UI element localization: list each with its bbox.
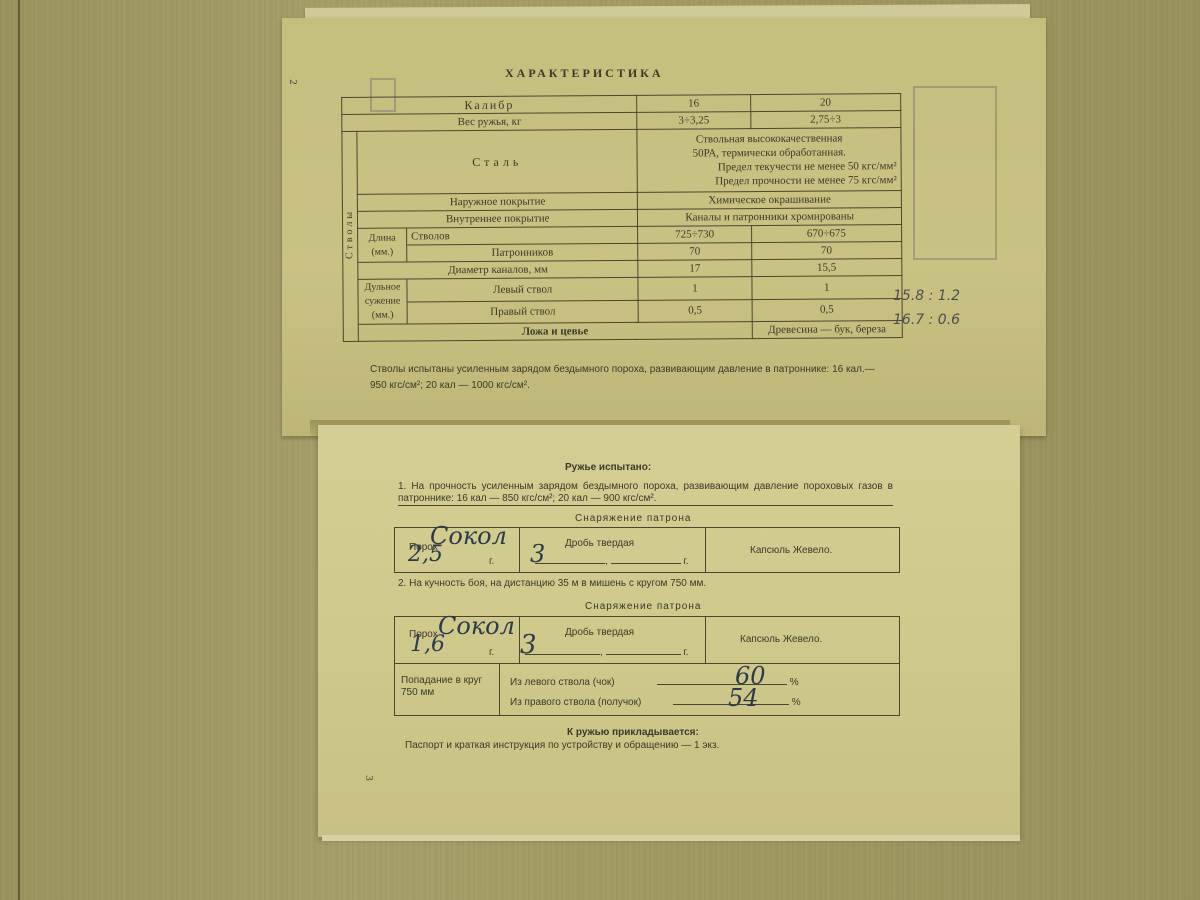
faded-stamp — [913, 86, 997, 260]
handwritten-shot: 3 — [530, 540, 545, 568]
length-barrels-20: 670÷675 — [751, 225, 902, 243]
page-number: 2 — [287, 79, 299, 85]
inner-coating-value: Каналы и патронники хромированы — [638, 208, 902, 227]
spec-table: Калибр 16 20 Вес ружья, кг 3÷3,25 2,75÷3… — [341, 93, 903, 342]
caliber-label: Калибр — [342, 95, 638, 114]
barrel-test-note: Стволы испытаны усиленным зарядом бездым… — [370, 362, 890, 394]
cartridge-title: Снаряжение патрона — [575, 513, 691, 524]
grams-unit: г. — [489, 647, 494, 658]
choke-right-label: Правый ствол — [407, 300, 639, 324]
left-barrel-label: Из левого ствола (чок) — [510, 677, 615, 688]
margin-handwriting: 16.7 : 0.6 — [893, 312, 960, 328]
length-chambers-20: 70 — [751, 242, 902, 260]
attached-title: К ружью прикладывается: — [567, 727, 699, 738]
length-chambers-label: Патронников — [407, 243, 639, 262]
length-barrels-16: 725÷730 — [638, 226, 751, 244]
handwritten-powder-grams: 2,5 — [408, 542, 443, 567]
attached-text: Паспорт и краткая инструкция по устройст… — [405, 740, 719, 751]
page-title: ХАРАКТЕРИСТИКА — [505, 66, 664, 81]
length-barrels-label: Стволов — [407, 226, 639, 245]
weight-16: 3÷3,25 — [637, 112, 750, 130]
shot-blanks: , г. — [525, 647, 689, 658]
outer-coating-value: Химическое окрашивание — [638, 191, 902, 210]
strength-test-text: 1. На прочность усиленным зарядом бездым… — [398, 481, 893, 506]
barrels-group: Стволы — [342, 131, 358, 341]
stock-value: Древесина — бук, береза — [752, 321, 903, 339]
shot-label: Дробь твердая — [565, 627, 634, 638]
choke-left-label: Левый ствол — [407, 277, 639, 301]
choke-left-16: 1 — [638, 277, 751, 300]
accuracy-test-text: 2. На кучность боя, на дистанцию 35 м в … — [398, 578, 706, 589]
steel-line: Предел прочности не менее 75 кгс/мм² — [642, 173, 897, 189]
shot-blanks: , г. — [535, 556, 689, 567]
handwritten-right-percent: 54 — [728, 684, 759, 712]
shot-label: Дробь твердая — [565, 538, 634, 549]
choke-right-20: 0,5 — [752, 298, 903, 322]
primer-label: Капсюль Жевело. — [750, 545, 832, 556]
table-row: Стволы Сталь Ствольная высококачественна… — [342, 128, 901, 195]
table-row: Ложа и цевье Древесина — бук, береза — [343, 321, 902, 342]
inner-coating-label: Внутреннее покрытие — [357, 209, 638, 228]
bore-diameter-20: 15,5 — [751, 259, 902, 277]
hit-label: Попадание в круг 750 мм — [401, 675, 491, 699]
steel-value: Ствольная высококачественная 50РА, терми… — [637, 128, 901, 193]
weight-label: Вес ружья, кг — [342, 112, 638, 131]
cartridge-title: Снаряжение патрона — [585, 601, 701, 612]
bore-diameter-label: Диаметр каналов, мм — [358, 260, 639, 279]
grams-unit: г. — [489, 556, 494, 567]
bore-diameter-16: 17 — [638, 260, 751, 278]
caliber-20: 20 — [750, 94, 901, 112]
steel-label: Сталь — [357, 129, 638, 194]
choke-left-20: 1 — [751, 276, 902, 300]
stock-label: Ложа и цевье — [358, 322, 752, 342]
handwritten-powder: Сокол — [438, 612, 515, 640]
choke-right-16: 0,5 — [638, 299, 751, 322]
length-chambers-16: 70 — [638, 243, 751, 261]
primer-label: Капсюль Жевело. — [740, 634, 822, 645]
length-label: Длина (мм.) — [358, 228, 407, 262]
weight-20: 2,75÷3 — [750, 111, 901, 129]
outer-coating-label: Наружное покрытие — [357, 192, 638, 211]
handwritten-shot: 3 — [520, 630, 537, 660]
choke-label: Дульное сужение (мм.) — [358, 279, 407, 324]
caliber-16: 16 — [637, 95, 750, 113]
barrels-group-label: Стволы — [343, 209, 357, 259]
right-barrel-label: Из правого ствола (получок) — [510, 697, 641, 708]
margin-handwriting: 15.8 : 1.2 — [893, 288, 960, 304]
tested-title: Ружье испытано: — [565, 462, 651, 473]
page-number: 3 — [363, 775, 375, 781]
handwritten-powder-grams: 1,6 — [410, 632, 445, 657]
book-bottom-edge — [322, 835, 1020, 841]
floor-seam — [18, 0, 20, 900]
